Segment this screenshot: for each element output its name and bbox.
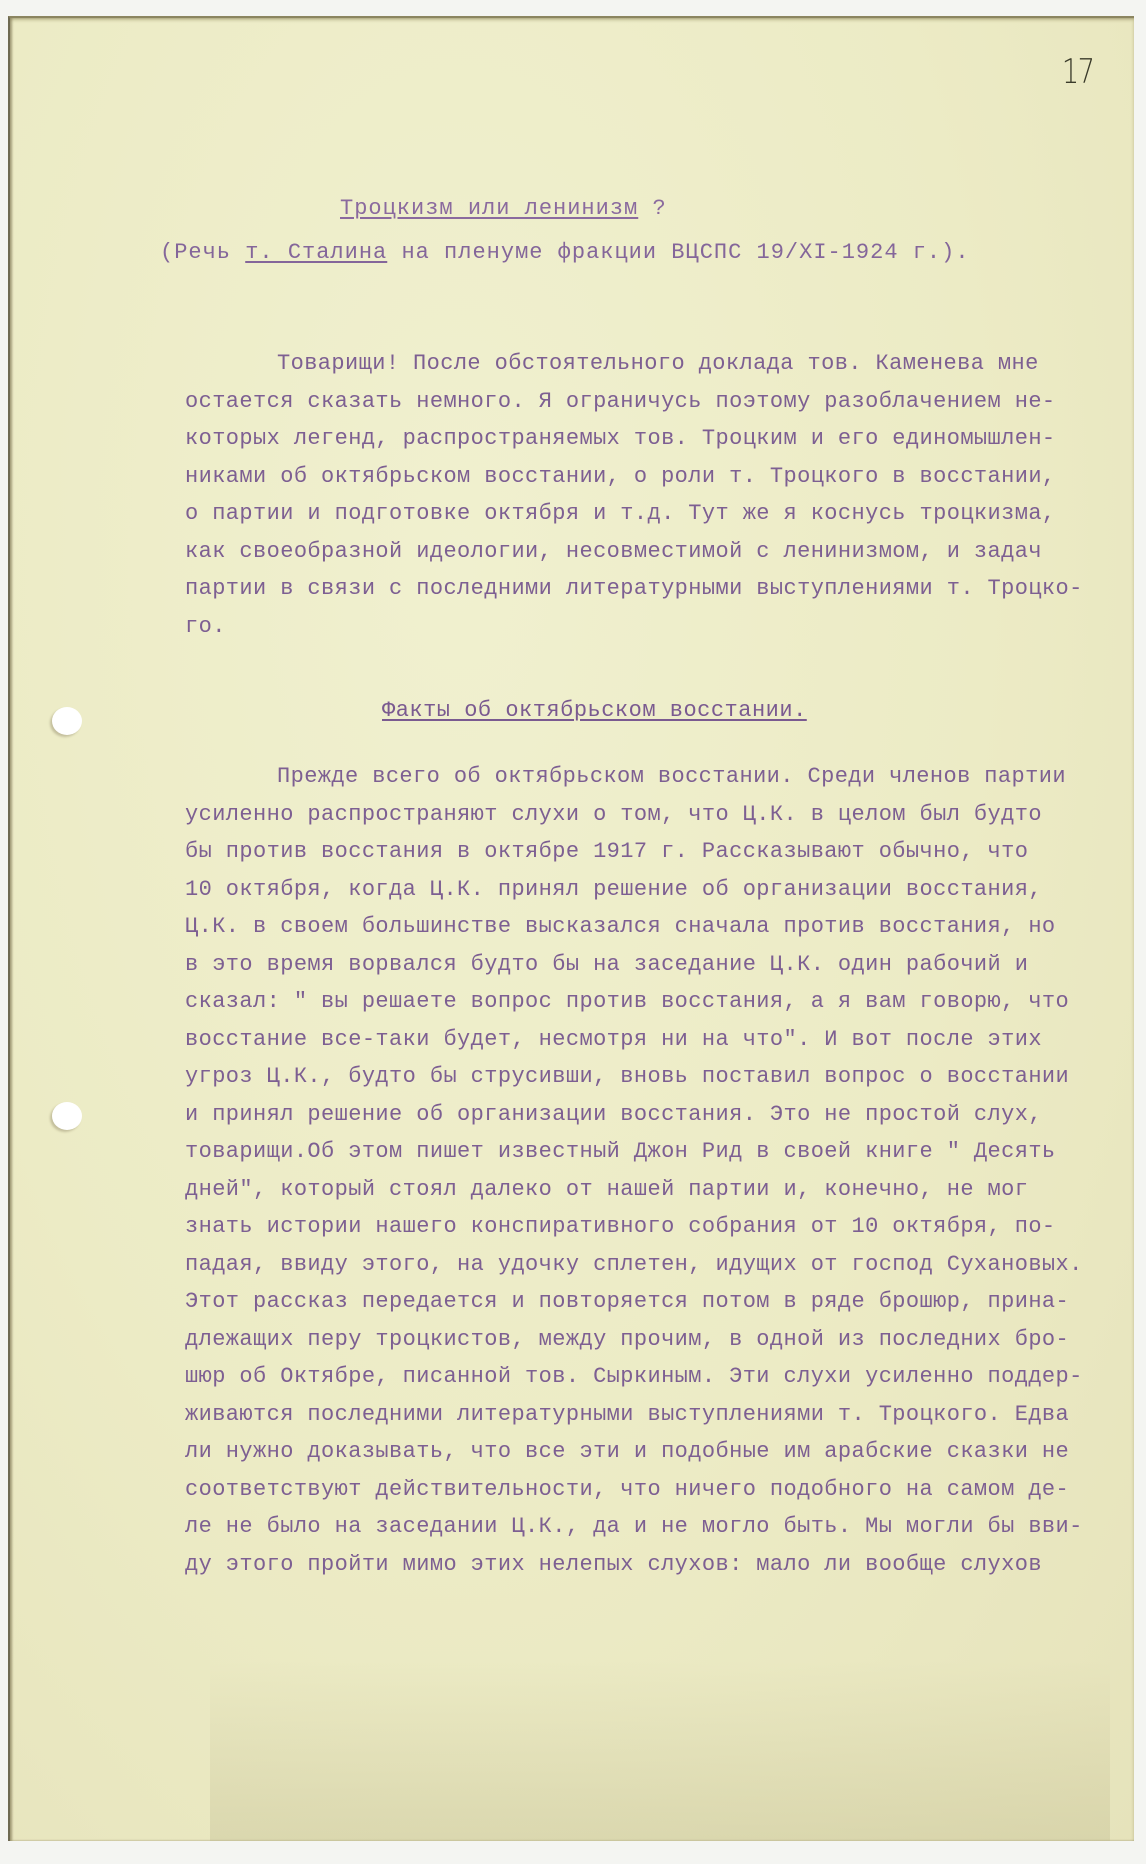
text-line: партии в связи с последними литературным… xyxy=(185,570,1115,608)
text-line: знать истории нашего конспиративного соб… xyxy=(185,1208,1115,1246)
text-line: живаются последними литературными выступ… xyxy=(185,1396,1115,1434)
punch-hole-upper xyxy=(52,707,82,735)
text-line: угроз Ц.К., будто бы струсивши, вновь по… xyxy=(185,1058,1115,1096)
text-line: как своеобразной идеологии, несовместимо… xyxy=(185,533,1115,571)
title-text: Троцкизм или ленинизм xyxy=(340,196,638,221)
text-line: Этот рассказ передается и повторяется по… xyxy=(185,1283,1115,1321)
subtitle-prefix: (Речь xyxy=(160,240,245,265)
text-line: бы против восстания в октябре 1917 г. Ра… xyxy=(185,833,1115,871)
text-line: о партии и подготовке октября и т.д. Тут… xyxy=(185,495,1115,533)
text-line: Прежде всего об октябрьском восстании. С… xyxy=(185,758,1115,796)
text-line: ду этого пройти мимо этих нелепых слухов… xyxy=(185,1546,1115,1584)
text-line: усиленно распространяют слухи о том, что… xyxy=(185,796,1115,834)
folio-number: 17 xyxy=(1062,52,1093,92)
text-line: в это время ворвался будто бы на заседан… xyxy=(185,946,1115,984)
text-line: товарищи.Об этом пишет известный Джон Ри… xyxy=(185,1133,1115,1171)
paper-stain xyxy=(210,1661,1110,1841)
text-line: падая, ввиду этого, на удочку сплетен, и… xyxy=(185,1246,1115,1284)
title-suffix: ? xyxy=(638,196,666,221)
intro-paragraph: Товарищи! После обстоятельного доклада т… xyxy=(185,345,1115,645)
text-line: го. xyxy=(185,608,1115,646)
text-line: восстание все-таки будет, несмотря ни на… xyxy=(185,1021,1115,1059)
text-line: никами об октябрьском восстании, о роли … xyxy=(185,458,1115,496)
subtitle-author: т. Сталина xyxy=(245,240,387,265)
text-line: дней", который стоял далеко от нашей пар… xyxy=(185,1171,1115,1209)
text-line: ли нужно доказывать, что все эти и подоб… xyxy=(185,1433,1115,1471)
text-line: сказал: " вы решаете вопрос против восст… xyxy=(185,983,1115,1021)
text-line: 10 октября, когда Ц.К. принял решение об… xyxy=(185,871,1115,909)
text-line: и принял решение об организации восстани… xyxy=(185,1096,1115,1134)
text-line: ле не было на заседании Ц.К., да и не мо… xyxy=(185,1508,1115,1546)
document-title: Троцкизм или ленинизм ? xyxy=(340,196,667,221)
punch-hole-lower xyxy=(52,1102,82,1130)
document-subtitle: (Речь т. Сталина на пленуме фракции ВЦСП… xyxy=(160,240,970,265)
section-heading: Факты об октябрьском восстании. xyxy=(382,698,807,723)
text-line: длежащих перу троцкистов, между прочим, … xyxy=(185,1321,1115,1359)
text-line: Товарищи! После обстоятельного доклада т… xyxy=(185,345,1115,383)
subtitle-suffix: на пленуме фракции ВЦСПС 19/XI-1924 г.). xyxy=(387,240,969,265)
text-line: Ц.К. в своем большинстве высказался снач… xyxy=(185,908,1115,946)
text-line: соответствуют действительности, что ниче… xyxy=(185,1471,1115,1509)
text-line: которых легенд, распространяемых тов. Тр… xyxy=(185,420,1115,458)
section-paragraph: Прежде всего об октябрьском восстании. С… xyxy=(185,758,1115,1583)
text-line: шюр об Октябре, писанной тов. Сыркиным. … xyxy=(185,1358,1115,1396)
text-line: остается сказать немного. Я ограничусь п… xyxy=(185,383,1115,421)
